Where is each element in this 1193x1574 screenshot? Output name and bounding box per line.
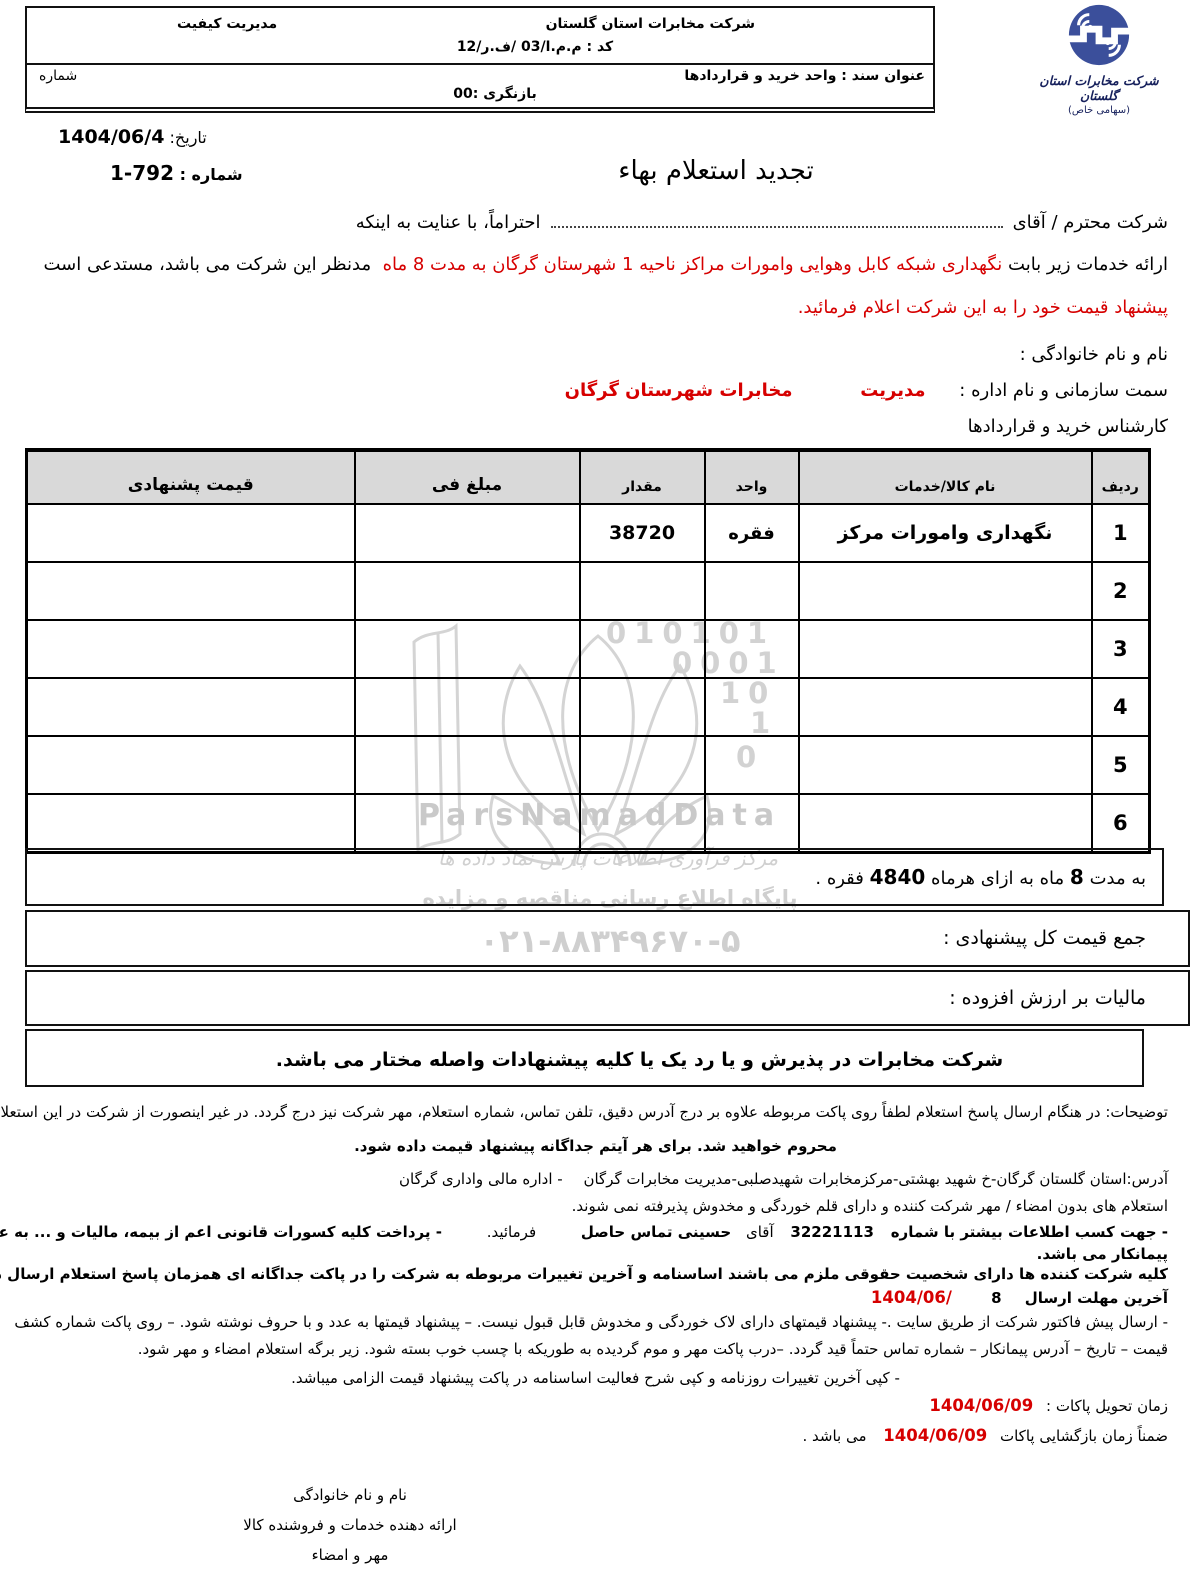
col-header-unit-price: مبلغ فی	[355, 450, 580, 504]
note-delivery-time: زمان تحویل پاکات : 1404/06/09	[929, 1396, 1168, 1415]
duration-text-a: به مدت	[1090, 868, 1146, 889]
note-submission-deadline: آخرین مهلت ارسال 8 /1404/06	[871, 1288, 1168, 1307]
row-fee	[355, 562, 580, 620]
duration-text-c: فقره .	[815, 868, 864, 889]
row-no: 4	[1092, 678, 1150, 736]
col-header-proposed-price: قیمت پشنهادی	[27, 450, 355, 504]
note-legal-entity: کلیه شرکت کننده ها دارای شخصیت حقوقی ملز…	[0, 1265, 1168, 1283]
note-explanation-line2: محروم خواهید شد. برای هر آیتم جداگانه پی…	[23, 1137, 1168, 1155]
opening-date: 1404/06/09	[883, 1426, 987, 1445]
row-unit	[705, 678, 799, 736]
row-unit	[705, 562, 799, 620]
row-total	[27, 562, 355, 620]
row-item: نگهداری وامورات مرکز	[799, 504, 1092, 562]
row-fee	[355, 504, 580, 562]
opening-suffix: می باشد .	[802, 1427, 866, 1445]
col-header-item: نام کالا/خدمات	[799, 450, 1092, 504]
letterhead-box: شرکت مخابرات استان گلستان مدیریت کیفیت ک…	[25, 6, 935, 113]
deadline-day: 8	[991, 1289, 1001, 1307]
intro-line-1: ارائه خدمات زیر بابت نگهداری شبکه کابل و…	[43, 254, 1168, 275]
number-line: شماره : 792-1	[110, 161, 243, 185]
row-total	[27, 678, 355, 736]
note-deductions: - پرداخت کلیه کسورات قانونی اعم از بیمه،…	[0, 1223, 442, 1241]
row-unit	[705, 794, 799, 852]
note-address-main: آدرس:استان گلستان گرگان-خ شهید بهشتی-مرک…	[583, 1170, 1168, 1188]
opening-label: ضمناً زمان بازگشایی پاکات	[1000, 1427, 1168, 1445]
vat-box: مالیات بر ارزش افزوده :	[25, 970, 1190, 1026]
signature-stamp-label: مهر و امضاء	[222, 1540, 478, 1570]
fill-in-dotted-line	[551, 212, 1003, 228]
note-explanation-line1: توضیحات: در هنگام ارسال پاسخ استعلام لطف…	[0, 1103, 1168, 1121]
logo-caption: شرکت مخابرات استان گلستان	[1029, 73, 1169, 103]
row-qty	[580, 678, 705, 736]
intro-line-2: پیشنهاد قیمت خود را به این شرکت اعلام فر…	[798, 297, 1168, 318]
deadline-date: /1404/06	[871, 1288, 952, 1307]
note-contact-label: - جهت کسب اطلاعات بیشتر با شماره	[891, 1223, 1168, 1241]
row-total	[27, 504, 355, 562]
intro-black-2: مدنظر این شرکت می باشد، مستدعی است	[43, 254, 371, 275]
salutation-right: شرکت محترم / آقای	[1013, 212, 1168, 233]
number-label: شماره :	[180, 165, 243, 184]
signature-block: نام و نام خانوادگی ارائه دهنده خدمات و ف…	[222, 1480, 478, 1570]
note-address: آدرس:استان گلستان گرگان-خ شهید بهشتی-مرک…	[399, 1170, 1168, 1188]
deadline-label: آخرین مهلت ارسال	[1025, 1289, 1168, 1307]
duration-text-b: ماه به ازای هرماه	[931, 868, 1064, 889]
tci-logo-icon	[1066, 2, 1132, 68]
row-unit: فقره	[705, 504, 799, 562]
salutation-left: احتراماً، با عنایت به اینکه	[356, 212, 541, 233]
row-fee	[355, 620, 580, 678]
row-item	[799, 736, 1092, 794]
row-item	[799, 620, 1092, 678]
row-fee	[355, 736, 580, 794]
date-label: تاریخ:	[170, 128, 207, 147]
row-unit	[705, 736, 799, 794]
letterhead-divider	[27, 63, 933, 65]
letterhead-quality-dept: مدیریت کیفیت	[177, 16, 277, 32]
row-no: 6	[1092, 794, 1150, 852]
letterhead-number-label: شماره	[39, 68, 77, 84]
page-title: تجدید استعلام بهاء	[600, 156, 832, 186]
letterhead-revision: بازنگری :00	[57, 86, 933, 102]
note-proforma-line2: قیمت – تاریخ – آدرس پیمانکار – شماره تما…	[138, 1340, 1168, 1358]
intro-red-subject: نگهداری شبکه کابل وهوایی وامورات مراکز ن…	[383, 254, 1003, 275]
letterhead-doc-title: عنوان سند : واحد خرید و قراردادها	[684, 68, 925, 84]
number-value: 792-1	[110, 161, 174, 185]
intro-black-1: ارائه خدمات زیر بابت	[1008, 254, 1168, 275]
letterhead-company: شرکت مخابرات استان گلستان	[546, 16, 755, 32]
field-position: سمت سازمانی و نام اداره : مدیریت مخابرات…	[565, 380, 1168, 401]
duration-months: 8	[1070, 865, 1084, 889]
row-fee	[355, 794, 580, 852]
company-logo-block: شرکت مخابرات استان گلستان (سهامی خاص)	[1029, 2, 1169, 116]
delivery-date: 1404/06/09	[929, 1396, 1033, 1415]
total-price-box: جمع قیمت کل پیشنهادی :	[25, 910, 1190, 967]
note-deductions-cont: پیمانکار می باشد.	[1037, 1245, 1168, 1263]
col-header-qty: مقدار	[580, 450, 705, 504]
table-row: 2	[27, 562, 1150, 620]
signature-provider-label: ارائه دهنده خدمات و فروشنده کالا	[222, 1510, 478, 1540]
acceptance-rights-box: شرکت مخابرات در پذیرش و یا رد یک یا کلیه…	[25, 1029, 1144, 1087]
row-total	[27, 794, 355, 852]
note-proforma-line1: - ارسال پیش فاکتور شرکت از طریق سایت .- …	[14, 1313, 1168, 1331]
logo-subcaption: (سهامی خاص)	[1029, 105, 1169, 116]
row-fee	[355, 678, 580, 736]
row-total	[27, 736, 355, 794]
row-item	[799, 678, 1092, 736]
row-no: 2	[1092, 562, 1150, 620]
row-item	[799, 562, 1092, 620]
col-header-row-no: ردیف	[1092, 450, 1150, 504]
delivery-label: زمان تحویل پاکات :	[1046, 1397, 1168, 1415]
row-total	[27, 620, 355, 678]
inquiry-form-page: 010101 0001 10 1 0 ParsNamadData مرکز فر…	[0, 0, 1193, 1574]
duration-summary-box: به مدت 8 ماه به ازای هرماه 4840 فقره .	[25, 848, 1164, 906]
note-address-office: - اداره مالی واداری گرگان	[399, 1170, 563, 1188]
row-qty	[580, 736, 705, 794]
items-table: ردیف نام کالا/خدمات واحد مقدار مبلغ فی ق…	[25, 448, 1151, 854]
footer-notes: توضیحات: در هنگام ارسال پاسخ استعلام لطف…	[23, 1096, 1168, 1486]
row-unit	[705, 620, 799, 678]
note-contact-name: حسینی تماس حاصل	[581, 1223, 731, 1241]
field-expert: کارشناس خرید و قراردادها	[968, 416, 1168, 437]
table-row: 1 نگهداری وامورات مرکز فقره 38720	[27, 504, 1150, 562]
note-unsigned-invalid: استعلام های بدون امضاء / مهر شرکت کننده …	[572, 1197, 1168, 1215]
row-item	[799, 794, 1092, 852]
position-value-office: مخابرات شهرستان گرگان	[565, 380, 793, 401]
table-row: 3	[27, 620, 1150, 678]
duration-qty-per-month: 4840	[870, 865, 926, 889]
row-qty	[580, 794, 705, 852]
table-row: 6	[27, 794, 1150, 852]
table-row: 5	[27, 736, 1150, 794]
date-value: 1404/06/4	[58, 126, 164, 148]
row-no: 5	[1092, 736, 1150, 794]
salutation-line: شرکت محترم / آقایاحتراماً، با عنایت به ا…	[356, 212, 1168, 233]
table-header-row: ردیف نام کالا/خدمات واحد مقدار مبلغ فی ق…	[27, 450, 1150, 504]
note-contact-mr: آقای	[746, 1223, 774, 1241]
row-qty: 38720	[580, 504, 705, 562]
note-contact-phone: 32221113	[790, 1223, 874, 1241]
col-header-unit: واحد	[705, 450, 799, 504]
table-row: 4	[27, 678, 1150, 736]
note-contact-verb: فرمائید.	[487, 1223, 536, 1241]
position-label: سمت سازمانی و نام اداره :	[959, 380, 1168, 401]
row-no: 3	[1092, 620, 1150, 678]
note-newspaper-copy: - کپی آخرین تغییرات روزنامه و کپی شرح فع…	[23, 1369, 1168, 1387]
note-contact-and-deductions: - جهت کسب اطلاعات بیشتر با شماره 3222111…	[0, 1223, 1168, 1241]
date-line: تاریخ: 1404/06/4	[58, 126, 207, 148]
note-opening-time: ضمناً زمان بازگشایی پاکات 1404/06/09 می …	[802, 1426, 1168, 1445]
field-full-name: نام و نام خانوادگی :	[1020, 344, 1168, 365]
position-value-management: مدیریت	[860, 380, 925, 401]
letterhead-doc-code: کد : م.م.ا/03 /ف.ر/12	[137, 39, 933, 55]
row-no: 1	[1092, 504, 1150, 562]
row-qty	[580, 562, 705, 620]
row-qty	[580, 620, 705, 678]
